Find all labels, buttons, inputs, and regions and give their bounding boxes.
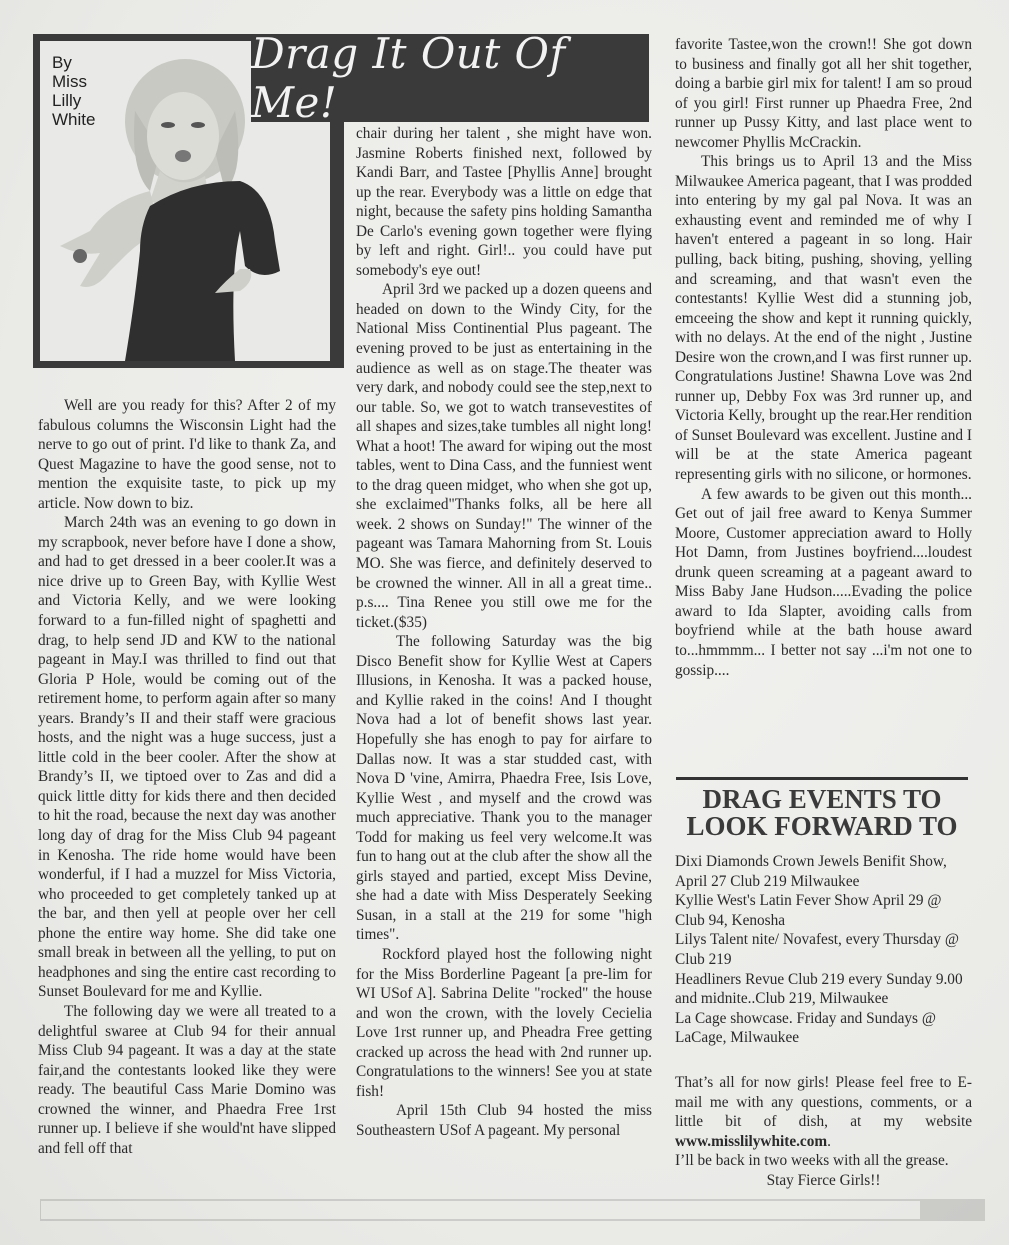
paragraph: A few awards to be given out this month.… — [675, 485, 972, 680]
closing-text: That’s all for now girls! Please feel fr… — [675, 1074, 972, 1130]
event-item: Kyllie West's Latin Fever Show April 29 … — [675, 891, 972, 930]
paragraph: Well are you ready for this? After 2 of … — [38, 396, 336, 513]
article-column-2: chair during her talent , she might have… — [356, 124, 652, 1140]
byline-name-line3: White — [52, 110, 95, 129]
article-column-3: favorite Tastee,won the crown!! She got … — [675, 35, 972, 680]
paragraph: April 15th Club 94 hosted the miss South… — [356, 1101, 652, 1140]
events-list: Dixi Diamonds Crown Jewels Benifit Show,… — [675, 852, 972, 1048]
return-line: I’ll be back in two weeks with all the g… — [675, 1152, 949, 1169]
bleed-through-ad-icon — [40, 1198, 985, 1222]
events-heading: DRAG EVENTS TO LOOK FORWARD TO — [676, 786, 968, 840]
closing-period: . — [827, 1133, 831, 1150]
article-column-1: Well are you ready for this? After 2 of … — [38, 396, 336, 1158]
paragraph: April 3rd we packed up a dozen queens an… — [356, 280, 652, 632]
paragraph: chair during her talent , she might have… — [356, 124, 652, 280]
event-item: Headliners Revue Club 219 every Sunday 9… — [675, 970, 972, 1009]
paragraph: The following day we were all treated to… — [38, 1002, 336, 1158]
byline-by: By — [52, 53, 95, 72]
closing-note: That’s all for now girls! Please feel fr… — [675, 1073, 972, 1191]
paragraph: favorite Tastee,won the crown!! She got … — [675, 35, 972, 152]
paragraph: Rockford played host the following night… — [356, 945, 652, 1101]
paragraph: This brings us to April 13 and the Miss … — [675, 152, 972, 484]
byline-name-line2: Lilly — [52, 91, 95, 110]
paragraph: The following Saturday was the big Disco… — [356, 632, 652, 945]
website-link[interactable]: www.misslilywhite.com — [675, 1133, 827, 1150]
column-title: Drag It Out Of Me! — [251, 29, 649, 127]
event-item: Dixi Diamonds Crown Jewels Benifit Show,… — [675, 852, 972, 891]
signoff: Stay Fierce Girls!! — [675, 1171, 972, 1191]
frame-border — [337, 122, 344, 368]
byline-name-line1: Miss — [52, 72, 95, 91]
event-item: Lilys Talent nite/ Novafest, every Thurs… — [675, 930, 972, 969]
paragraph: March 24th was an evening to go down in … — [38, 513, 336, 1002]
byline: By Miss Lilly White — [52, 53, 95, 129]
column-title-bar: Drag It Out Of Me! — [251, 34, 649, 122]
event-item: La Cage showcase. Friday and Sundays @ L… — [675, 1009, 972, 1048]
section-divider — [676, 777, 968, 780]
newspaper-page: By Miss Lilly White Drag It Out Of Me! W… — [0, 0, 1009, 1245]
